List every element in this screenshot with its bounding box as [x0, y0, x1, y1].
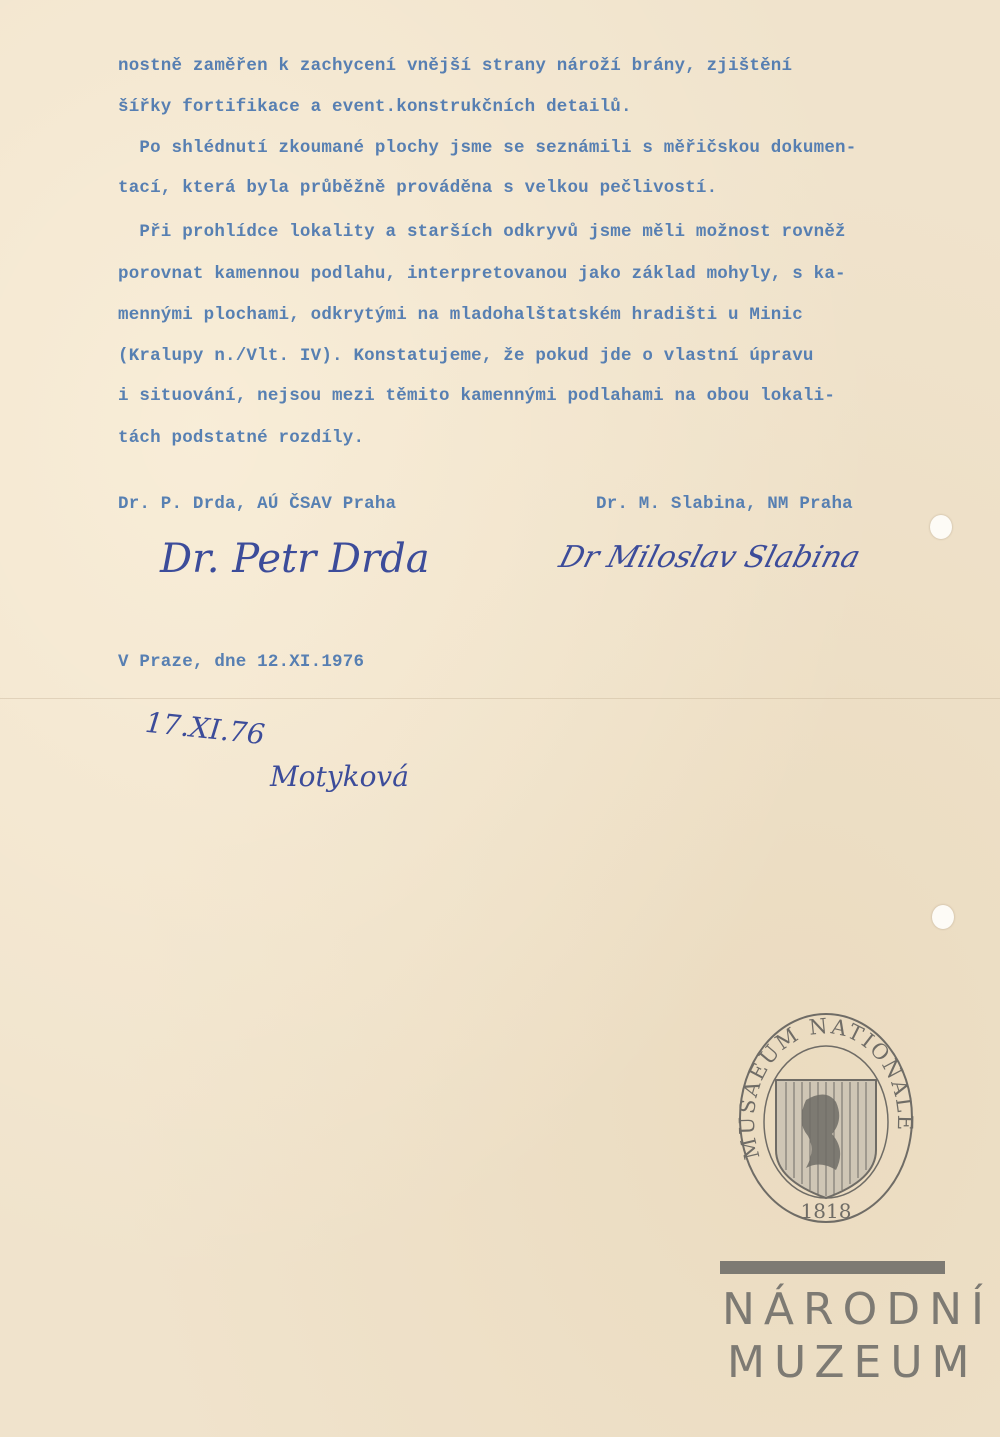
logo-line1: NÁRODNÍ [722, 1284, 993, 1335]
punch-hole [932, 905, 954, 929]
signatory-right-typed: Dr. M. Slabina, NM Praha [596, 494, 853, 514]
body-line: porovnat kamennou podlahu, interpretovan… [118, 264, 846, 284]
signature-left: Dr. Petr Drda [160, 536, 430, 582]
place-date: V Praze, dne 12.XI.1976 [118, 652, 364, 672]
paper-fold [0, 698, 1000, 699]
logo-line2: MUZEUM [727, 1337, 979, 1388]
seal-year: 1818 [801, 1199, 852, 1223]
body-line: (Kralupy n./Vlt. IV). Konstatujeme, že p… [118, 346, 814, 366]
body-line: mennými plochami, odkrytými na mladohalš… [118, 305, 803, 325]
body-line: šířky fortifikace a event.konstrukčních … [118, 97, 632, 117]
logo-bar [720, 1261, 945, 1274]
museum-seal: MUSAEUM NATIONALE 1818 [736, 1010, 916, 1226]
signatory-left-typed: Dr. P. Drda, AÚ ČSAV Praha [118, 494, 396, 514]
body-line: Při prohlídce lokality a starších odkryv… [118, 222, 846, 242]
handwritten-date: 17.XI.76 [144, 706, 267, 751]
punch-hole [930, 515, 952, 539]
seal-icon: MUSAEUM NATIONALE 1818 [736, 1010, 916, 1226]
signature-right: Dr Miloslav Slabina [555, 540, 864, 575]
body-line: Po shlédnutí zkoumané plochy jsme se sez… [118, 138, 856, 158]
body-line: tách podstatné rozdíly. [118, 428, 364, 448]
body-line: tací, která byla průběžně prováděna s ve… [118, 178, 717, 198]
body-line: i situování, nejsou mezi těmito kamenným… [118, 386, 835, 406]
handwritten-name: Motyková [270, 760, 409, 793]
body-line: nostně zaměřen k zachycení vnější strany… [118, 56, 792, 76]
